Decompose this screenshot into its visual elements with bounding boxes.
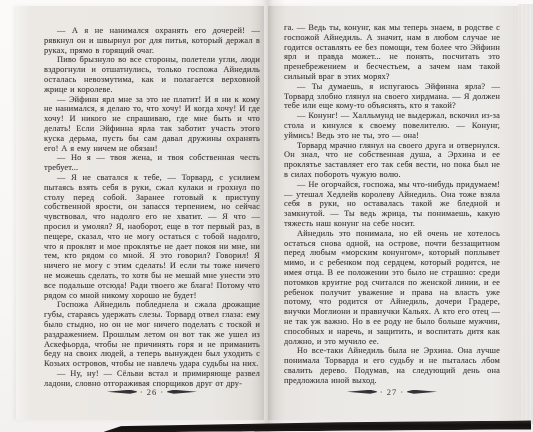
footer-ornament-right [407, 390, 437, 394]
book-page-right: га. — Ведь ты, конунг, как мы теперь зна… [268, 6, 518, 420]
footer-ornament-left [107, 390, 137, 394]
paragraph: — Конунг! — Халльмунд не выдержал, вскоч… [284, 111, 500, 140]
paragraph: га. — Ведь ты, конунг, как мы теперь зна… [284, 23, 500, 82]
page-right-text: га. — Ведь ты, конунг, как мы теперь зна… [268, 6, 518, 385]
page-stack-edge [518, 4, 533, 424]
page-footer: · 27 · [284, 388, 500, 397]
paragraph: — Я не сватался к тебе, — Торвард, с уси… [44, 173, 260, 300]
paragraph: Торвард мрачно глянул на своего друга и … [284, 141, 500, 180]
book-page-left: — А я не нанимался охранять его дочерей!… [16, 6, 264, 420]
paragraph: Госпожа Айнедиль побледнела и сжала дрож… [44, 300, 260, 369]
page-number: · 27 · [380, 388, 404, 397]
page-left-text: — А я не нанимался охранять его дочерей!… [16, 6, 264, 388]
paragraph: — Ты думаешь, я испугаюсь Эйфинна ярла? … [284, 82, 500, 111]
page-footer: · 26 · [44, 388, 260, 397]
book-cover-edge [104, 421, 531, 432]
footer-ornament-right [167, 390, 197, 394]
page-number: · 26 · [140, 388, 164, 397]
paragraph: — А я не нанимался охранять его дочерей!… [44, 26, 260, 55]
footer-ornament-left [347, 390, 377, 394]
paragraph: — Ну, ну! — Сёльви встал и примиряюще ра… [44, 369, 260, 389]
paragraph: — Эйфинн ярл мне за это не платит! И я н… [44, 95, 260, 154]
paragraph: Айнедиль это понимала, но ей очень не хо… [284, 229, 500, 347]
paragraph: — Но я — твоя жена, и твоя собственная ч… [44, 153, 260, 173]
paragraph: Пиво брызнуло во все стороны, полетели у… [44, 55, 260, 94]
book-spread-photo: — А я не нанимался охранять его дочерей!… [0, 0, 533, 432]
paragraph: Но все-таки Айнедиль была не Эрхина. Она… [284, 346, 500, 385]
paragraph: — Не огорчайся, госпожа, мы что-нибудь п… [284, 180, 500, 229]
